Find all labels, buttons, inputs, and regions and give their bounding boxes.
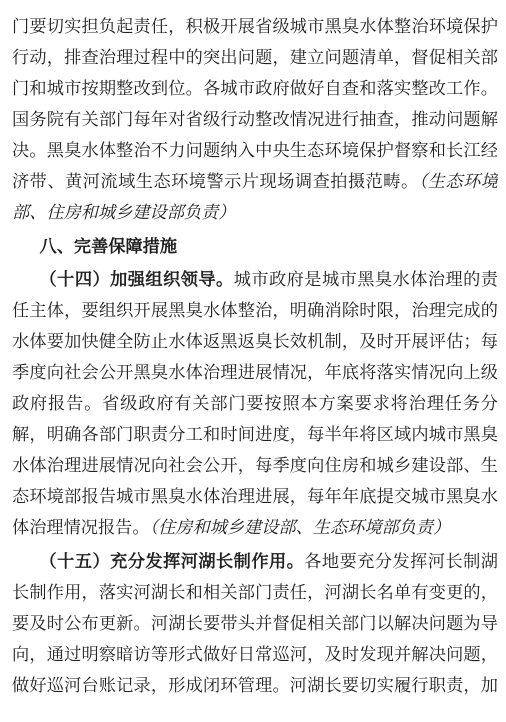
text-line: 行动，排查治理过程中的突出问题，建立问题清单，督促相关部 [12,42,498,73]
document-body: 门要切实担负起责任，积极开展省级城市黑臭水体整治环境保护行动，排查治理过程中的突… [12,11,498,701]
text-segment-song: 济带、黄河流域生态环境警示片现场调查拍摄范畴。 [12,172,419,191]
text-segment-song: 国务院有关部门每年对省级行动整改情况进行抽查，推动问题解 [12,110,498,129]
text-segment-song: 各地要充分发挥河长制湖 [304,552,498,571]
text-segment-song: 做好巡河台账记录，形成闭环管理。河湖长要切实履行职责，加 [12,676,498,695]
text-segment-song: 门和城市按期整改到位。各城市政府做好自查和落实整改工作。 [12,79,498,98]
text-segment-kai: 部、住房和城乡建设部负责） [12,203,235,222]
text-segment-kai: （住房和城乡建设部、生态环境部负责） [150,518,451,537]
text-line: 解，明确各部门职责分工和时间进度，每半年将区域内城市黑臭 [12,419,498,450]
section-heading: 八、完善保障措施 [12,231,498,262]
text-line: 国务院有关部门每年对省级行动整改情况进行抽查，推动问题解 [12,104,498,135]
text-line: （十四）加强组织领导。城市政府是城市黑臭水体治理的责 [12,264,498,295]
text-line: 门要切实担负起责任，积极开展省级城市黑臭水体整治环境保护 [12,11,498,42]
document-page: 门要切实担负起责任，积极开展省级城市黑臭水体整治环境保护行动，排查治理过程中的突… [0,0,506,722]
text-segment-song: 城市政府是城市黑臭水体治理的责 [234,270,498,289]
text-segment-song: 决。黑臭水体整治不力问题纳入中央生态环境保护督察和长江经 [12,141,498,160]
text-line: 政府报告。省级政府有关部门要按照本方案要求将治理任务分 [12,388,498,419]
text-segment-song: 长制作用，落实河湖长和相关部门责任，河湖长名单有变更的， [12,583,498,602]
text-segment-kaib: （十四）加强组织领导。 [40,270,234,289]
text-segment-kaib: （十五）充分发挥河湖长制作用。 [40,552,305,571]
text-line: 态环境部报告城市黑臭水体治理进展，每年年底提交城市黑臭水 [12,481,498,512]
text-line: 决。黑臭水体整治不力问题纳入中央生态环境保护督察和长江经 [12,135,498,166]
text-line: 要及时公布更新。河湖长要带头并督促相关部门以解决问题为导 [12,608,498,639]
text-segment-song: 任主体，要组织开展黑臭水体整治，明确消除时限，治理完成的 [12,301,498,320]
text-line: 做好巡河台账记录，形成闭环管理。河湖长要切实履行职责，加 [12,670,498,701]
text-line: 季度向社会公开黑臭水体治理进展情况，年底将落实情况向上级 [12,357,498,388]
text-segment-song: 要及时公布更新。河湖长要带头并督促相关部门以解决问题为导 [12,614,498,633]
text-line: （十五）充分发挥河湖长制作用。各地要充分发挥河长制湖 [12,546,498,577]
text-line: 部、住房和城乡建设部负责） [12,197,498,228]
text-segment-song: 水体治理进展情况向社会公开，每季度向住房和城乡建设部、生 [12,456,498,475]
text-segment-song: 门要切实担负起责任，积极开展省级城市黑臭水体整治环境保护 [12,17,498,36]
text-line: 水体治理进展情况向社会公开，每季度向住房和城乡建设部、生 [12,450,498,481]
text-line: 任主体，要组织开展黑臭水体整治，明确消除时限，治理完成的 [12,295,498,326]
text-line: 向，通过明察暗访等形式做好日常巡河，及时发现并解决问题， [12,639,498,670]
text-segment-song: 解，明确各部门职责分工和时间进度，每半年将区域内城市黑臭 [12,425,498,444]
text-line: 体治理情况报告。（住房和城乡建设部、生态环境部负责） [12,512,498,543]
text-segment-song: 水体要加快健全防止水体返黑返臭长效机制，及时开展评估；每 [12,332,498,351]
text-line: 水体要加快健全防止水体返黑返臭长效机制，及时开展评估；每 [12,326,498,357]
text-line: 济带、黄河流域生态环境警示片现场调查拍摄范畴。（生态环境 [12,166,498,197]
text-segment-song: 季度向社会公开黑臭水体治理进展情况，年底将落实情况向上级 [12,363,498,382]
text-segment-song: 体治理情况报告。 [12,518,150,537]
text-segment-kai: （生态环境 [419,172,498,191]
text-segment-song: 向，通过明察暗访等形式做好日常巡河，及时发现并解决问题， [12,645,498,664]
text-segment-hei: 八、完善保障措施 [40,236,178,256]
text-line: 长制作用，落实河湖长和相关部门责任，河湖长名单有变更的， [12,577,498,608]
text-segment-song: 行动，排查治理过程中的突出问题，建立问题清单，督促相关部 [12,48,498,67]
text-segment-song: 态环境部报告城市黑臭水体治理进展，每年年底提交城市黑臭水 [12,487,498,506]
text-line: 门和城市按期整改到位。各城市政府做好自查和落实整改工作。 [12,73,498,104]
text-segment-song: 政府报告。省级政府有关部门要按照本方案要求将治理任务分 [12,394,498,413]
